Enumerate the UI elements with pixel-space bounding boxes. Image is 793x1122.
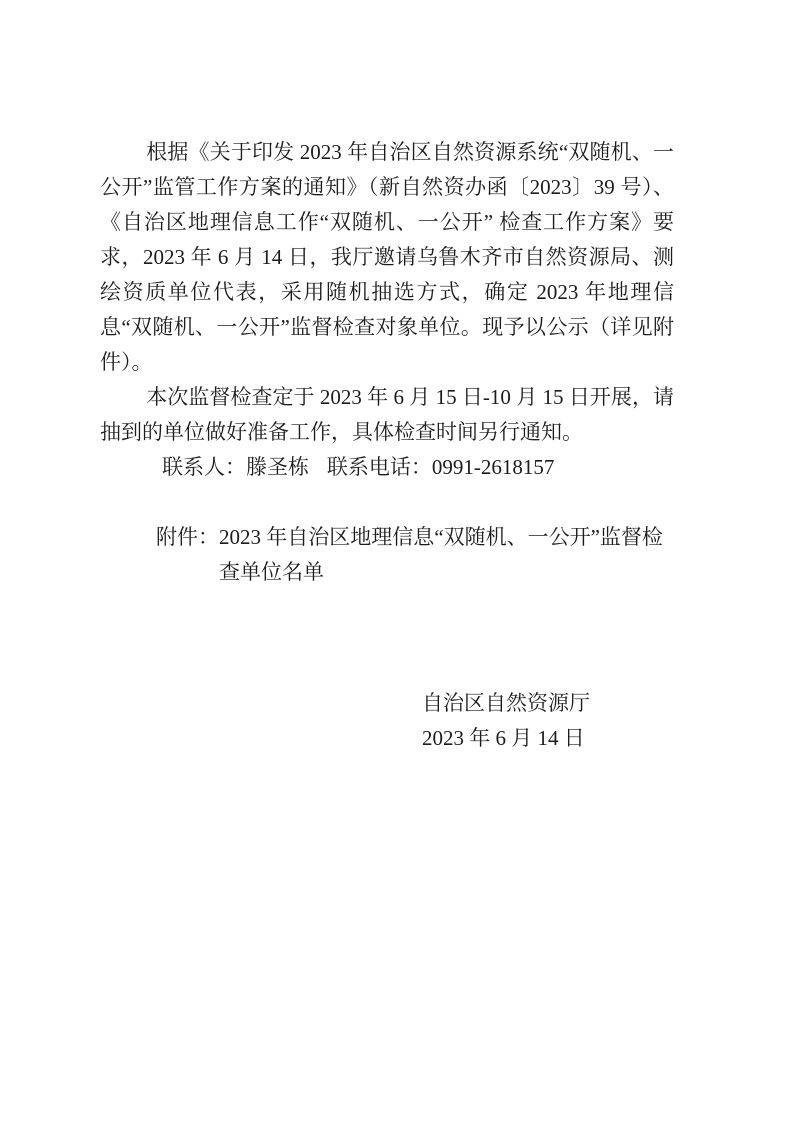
contact-phone-number: 0991-2618157 [432,455,555,479]
contact-person-label: 联系人： [162,455,246,479]
signature-block: 自治区自然资源厅 2023 年 6 月 14 日 [100,686,674,756]
notice-paragraph-schedule: 本次监督检查定于 2023 年 6 月 15 日-10 月 15 日开展，请抽到… [100,380,674,450]
contact-person-name: 滕圣栋 [246,455,309,479]
document-body: 根据《关于印发 2023 年自治区自然资源系统“双随机、一公开”监管工作方案的通… [100,135,674,756]
signature-organization: 自治区自然资源厅 [422,686,674,721]
attachment-label: 附件： [156,520,219,555]
notice-paragraph-basis: 根据《关于印发 2023 年自治区自然资源系统“双随机、一公开”监管工作方案的通… [100,135,674,380]
contact-phone-label: 联系电话： [327,455,432,479]
attachment-title: 2023 年自治区地理信息“双随机、一公开”监督检查单位名单 [219,520,674,590]
contact-line: 联系人：滕圣栋联系电话：0991-2618157 [100,450,674,485]
attachment-note: 附件： 2023 年自治区地理信息“双随机、一公开”监督检查单位名单 [100,520,674,590]
document-page: 根据《关于印发 2023 年自治区自然资源系统“双随机、一公开”监管工作方案的通… [0,0,793,1122]
signature-date: 2023 年 6 月 14 日 [422,721,674,756]
